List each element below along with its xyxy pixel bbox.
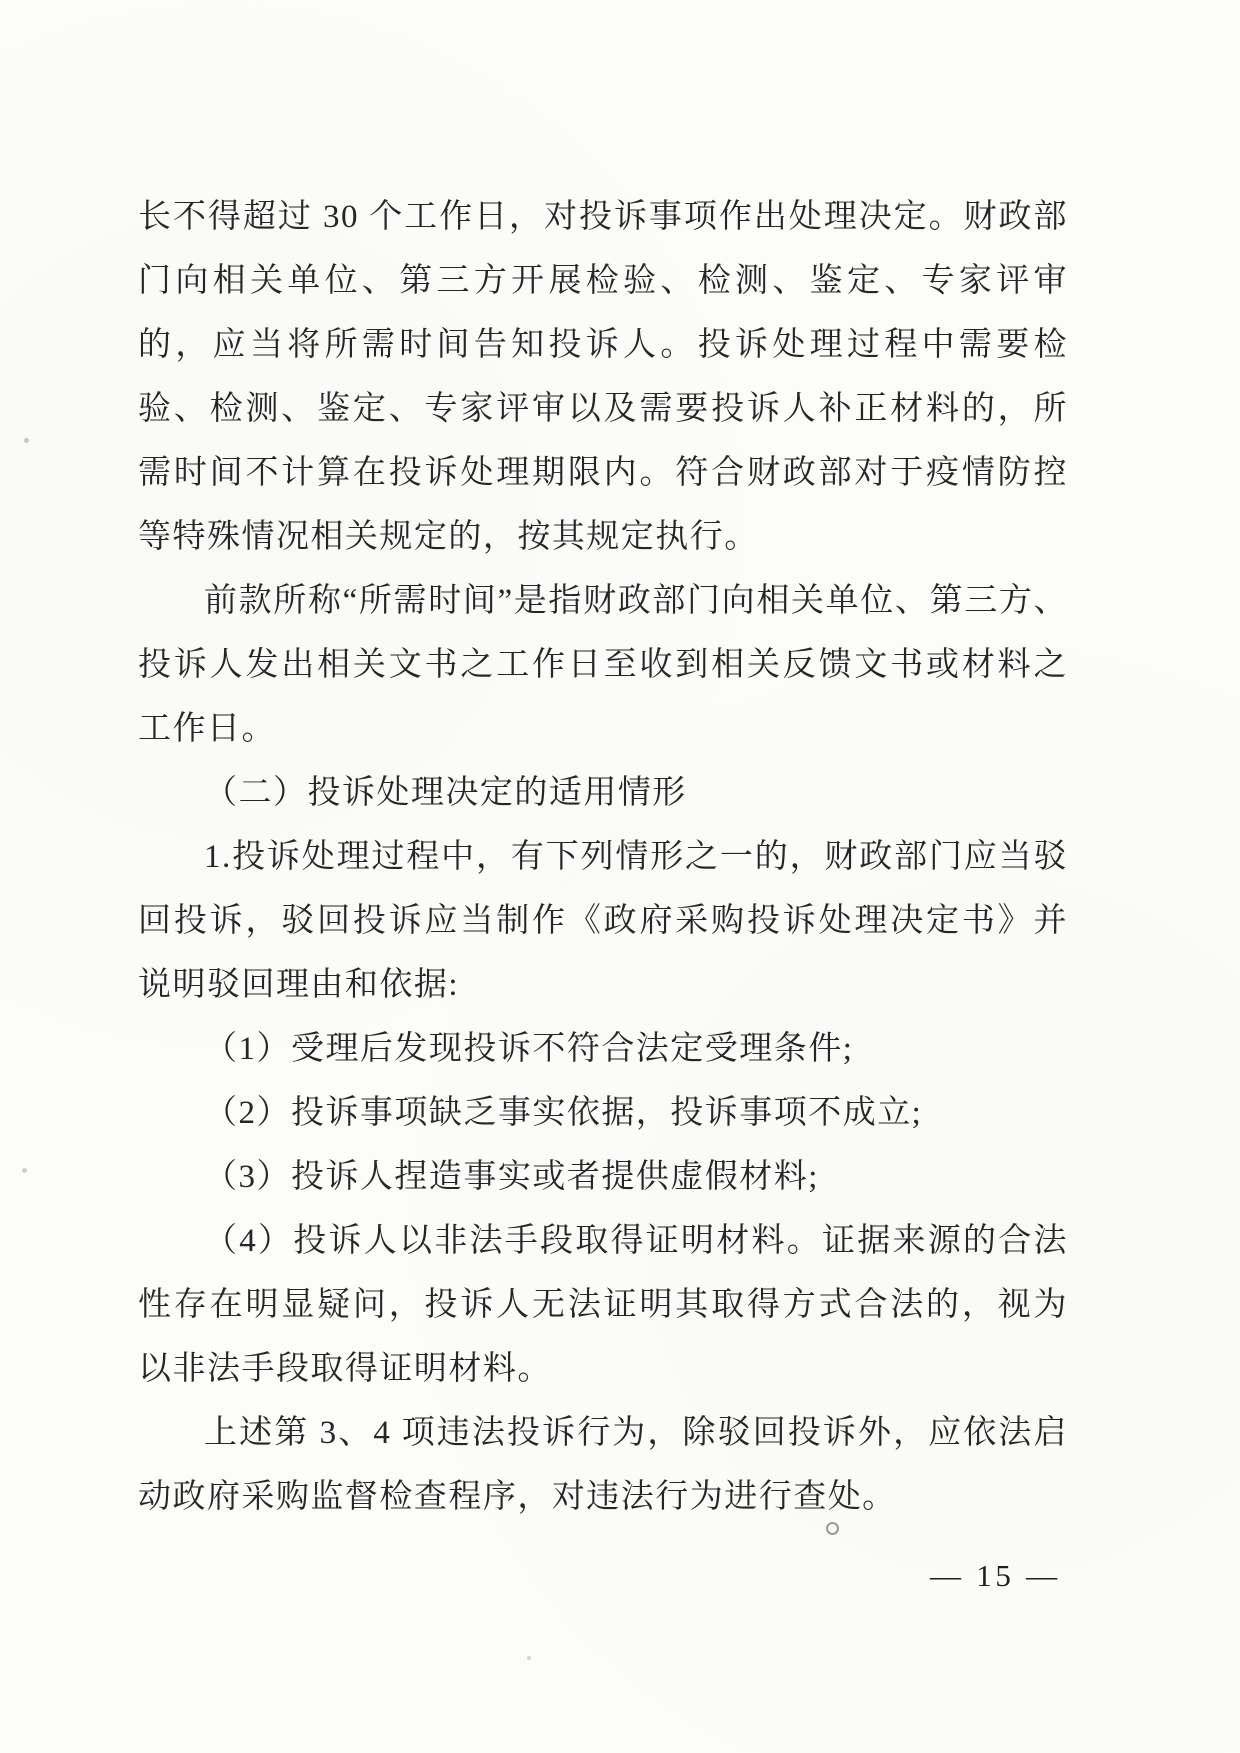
body-text: 长不得超过 30 个工作日，对投诉事项作出处理决定。财政部门向相关单位、第三方开… — [138, 185, 1068, 1529]
list-item-3: （3）投诉人捏造事实或者提供虚假材料; — [138, 1145, 1068, 1209]
page-number: — 15 — — [930, 1556, 1060, 1596]
paragraph-continuation: 长不得超过 30 个工作日，对投诉事项作出处理决定。财政部门向相关单位、第三方开… — [138, 185, 1068, 569]
document-page: 长不得超过 30 个工作日，对投诉事项作出处理决定。财政部门向相关单位、第三方开… — [0, 0, 1240, 1753]
scan-speck — [24, 438, 29, 443]
list-item-4: （4）投诉人以非法手段取得证明材料。证据来源的合法性存在明显疑问，投诉人无法证明… — [138, 1209, 1068, 1401]
scan-speck — [527, 1656, 531, 1660]
paragraph: 1.投诉处理过程中，有下列情形之一的，财政部门应当驳回投诉，驳回投诉应当制作《政… — [138, 825, 1068, 1017]
paragraph: 前款所称“所需时间”是指财政部门向相关单位、第三方、投诉人发出相关文书之工作日至… — [138, 569, 1068, 761]
paragraph: 上述第 3、4 项违法投诉行为，除驳回投诉外，应依法启动政府采购监督检查程序，对… — [138, 1401, 1068, 1529]
list-item-2: （2）投诉事项缺乏事实依据，投诉事项不成立; — [138, 1081, 1068, 1145]
list-item-1: （1）受理后发现投诉不符合法定受理条件; — [138, 1017, 1068, 1081]
section-heading: （二）投诉处理决定的适用情形 — [138, 761, 1068, 825]
scan-speck — [22, 1168, 27, 1173]
